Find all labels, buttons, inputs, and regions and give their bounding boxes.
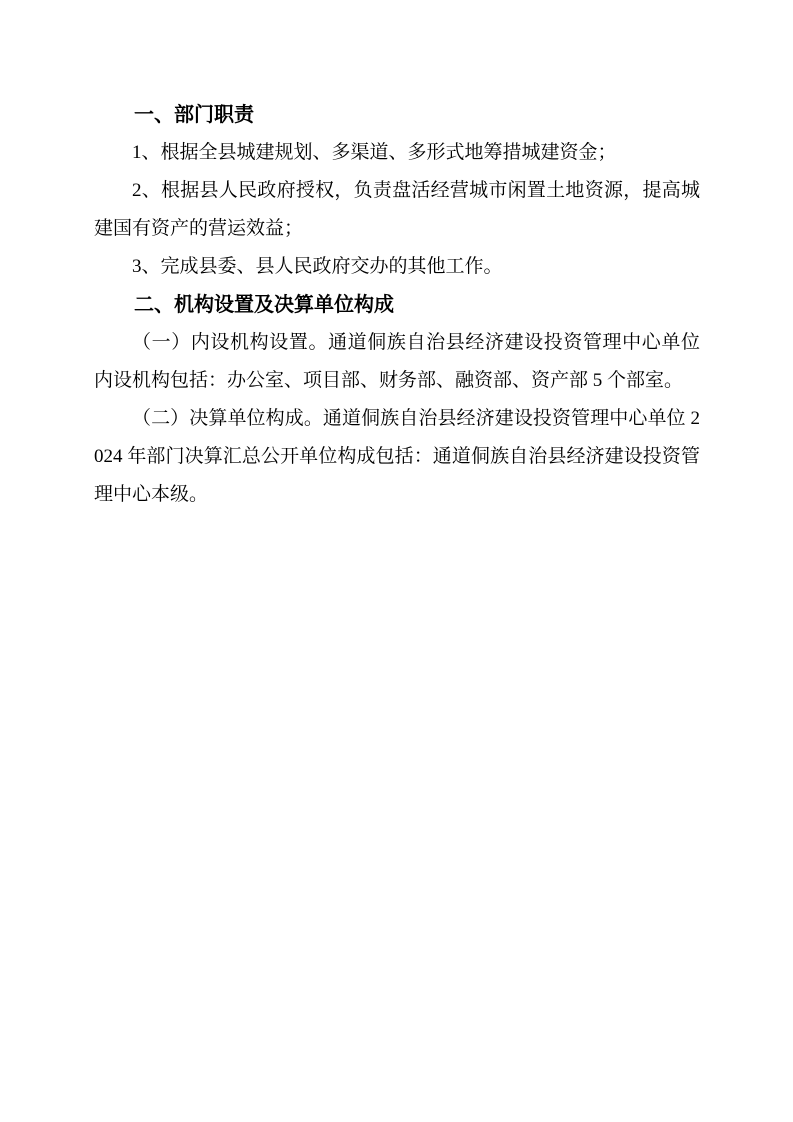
body-paragraph: （一）内设机构设置。通道侗族自治县经济建设投资管理中心单位内设机构包括：办公室、…: [94, 324, 700, 400]
section-heading: 一、部门职责: [94, 96, 700, 134]
body-paragraph: 1、根据全县城建规划、多渠道、多形式地筹措城建资金；: [94, 134, 700, 172]
section-heading: 二、机构设置及决算单位构成: [94, 286, 700, 324]
body-paragraph: 3、完成县委、县人民政府交办的其他工作。: [94, 248, 700, 286]
document-content: 一、部门职责1、根据全县城建规划、多渠道、多形式地筹措城建资金；2、根据县人民政…: [94, 96, 700, 514]
document-page: 一、部门职责1、根据全县城建规划、多渠道、多形式地筹措城建资金；2、根据县人民政…: [0, 0, 793, 1122]
body-paragraph: （二）决算单位构成。通道侗族自治县经济建设投资管理中心单位 2024 年部门决算…: [94, 400, 700, 514]
body-paragraph: 2、根据县人民政府授权，负责盘活经营城市闲置土地资源，提高城建国有资产的营运效益…: [94, 172, 700, 248]
